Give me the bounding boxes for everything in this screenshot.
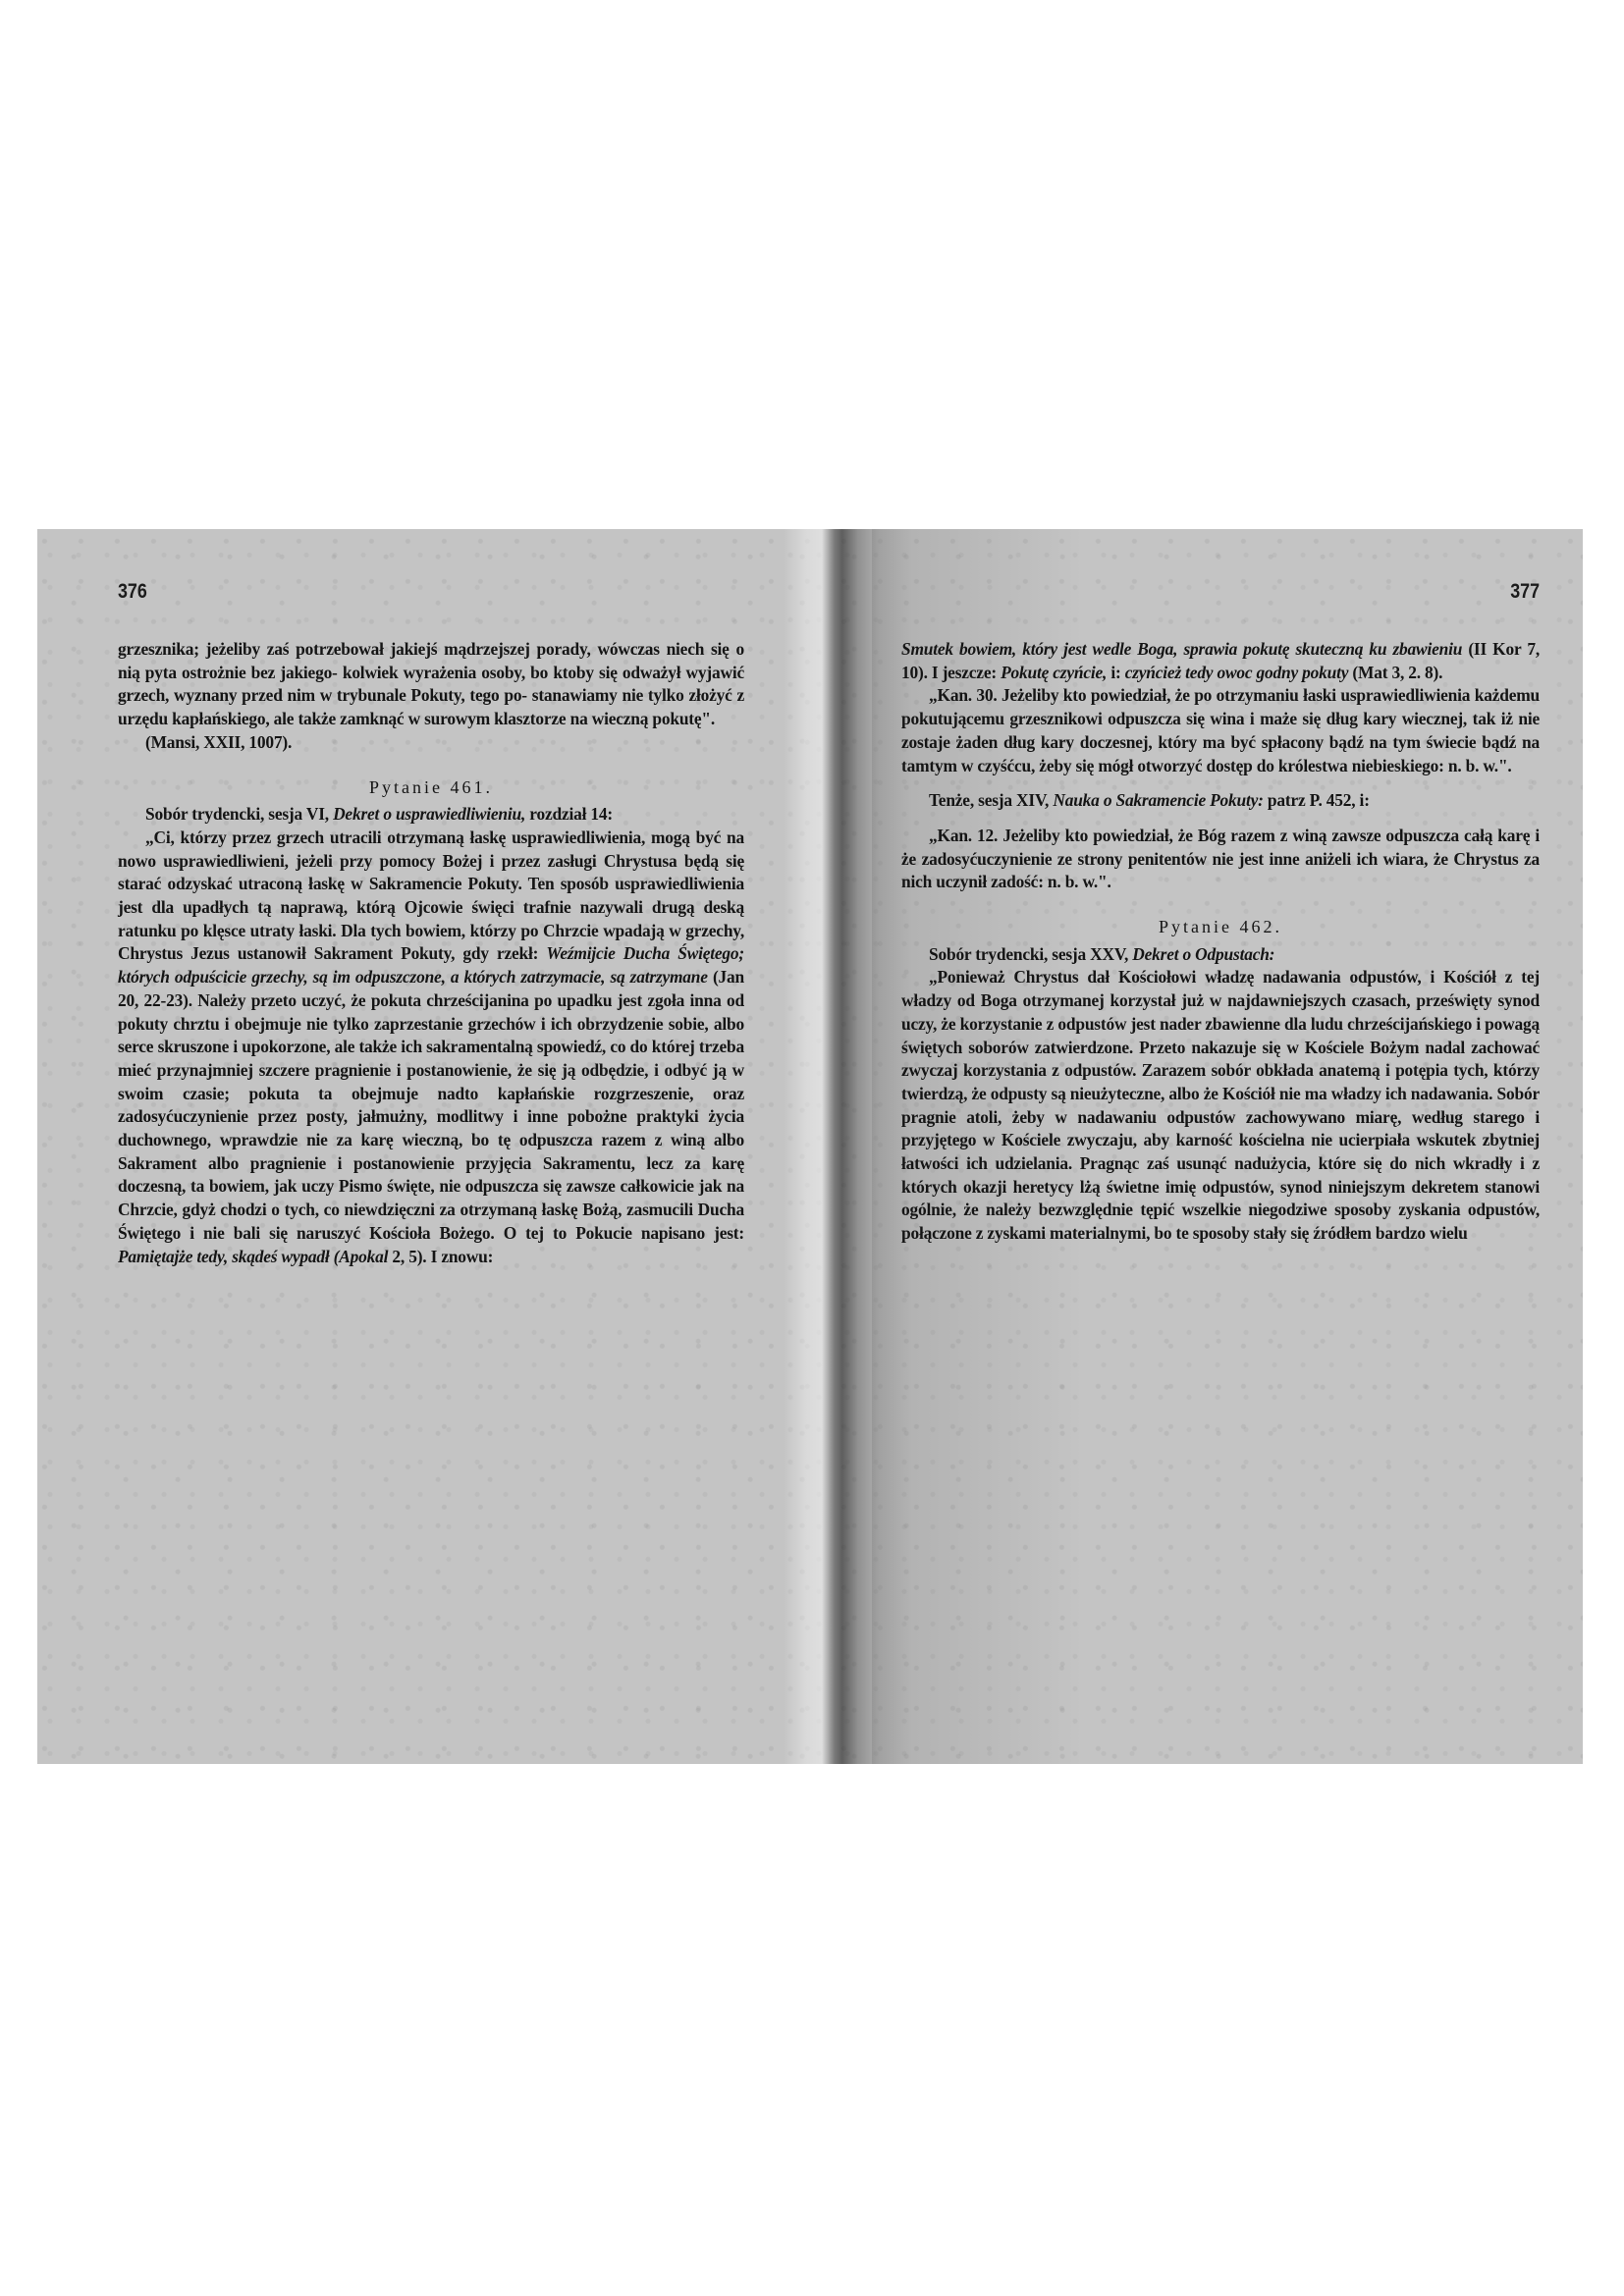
text-line: grzesznika; jeżeliby zaś potrzebował jak… [118, 639, 537, 659]
paragraph: „Kan. 12. Jeżeliby kto powiedział, że Bó… [901, 825, 1540, 894]
scanned-book-spread: 376 grzesznika; jeżeliby zaś potrzebował… [37, 529, 1583, 1764]
text-run: i: [1107, 663, 1125, 682]
paragraph: „Kan. 30. Jeżeliby kto powiedział, że po… [901, 684, 1540, 777]
italic-citation: Dekret o Odpustach: [1132, 944, 1274, 964]
italic-citation: Smutek bowiem, który jest wedle Boga, sp… [901, 639, 1462, 659]
page-number-right: 377 [1510, 580, 1540, 604]
book-gutter [784, 529, 911, 1764]
right-page: 377 Smutek bowiem, który jest wedle Boga… [901, 529, 1540, 1764]
italic-citation: Nauka o Sakramencie Pokuty: [1053, 790, 1263, 810]
text-run: „Kan. 12. Jeżeliby kto powiedział, że Bó… [901, 826, 1540, 891]
paragraph: „Ci, którzy przez grzech utracili otrzym… [118, 827, 744, 1268]
text-run: (Jan 20, 22-23). Należy przeto uczyć, że… [118, 967, 744, 1243]
question-heading: Pytanie 461. [118, 776, 744, 800]
question-heading: Pytanie 462. [901, 916, 1540, 939]
paragraph: Tenże, sesja XIV, Nauka o Sakramencie Po… [901, 789, 1540, 813]
paragraph: Sobór trydencki, sesja XXV, Dekret o Odp… [901, 943, 1540, 967]
text-line: kolwiek wyrażenia osoby, bo ktoby się od… [343, 663, 744, 682]
left-page: 376 grzesznika; jeżeliby zaś potrzebował… [118, 529, 744, 1764]
paragraph: „Ponieważ Chrystus dał Kościołowi władzę… [901, 966, 1540, 1245]
text-line: także zamknąć w surowym klasztorze na wi… [298, 709, 715, 728]
text-run: „Kan. 30. Jeżeliby kto powiedział, że po… [901, 685, 1540, 774]
text-run: 2, 5). I znowu: [388, 1247, 493, 1266]
paragraph: (Mansi, XXII, 1007). [118, 731, 744, 755]
text-run: rozdział 14: [525, 804, 613, 824]
text-run: (Mat 3, 2. 8). [1348, 663, 1442, 682]
paragraph: Smutek bowiem, który jest wedle Boga, sp… [901, 638, 1540, 684]
italic-citation: czyńcież tedy owoc godny pokuty [1125, 663, 1349, 682]
paragraph: grzesznika; jeżeliby zaś potrzebował jak… [118, 638, 744, 731]
text-run: Sobór trydencki, sesja XXV, [929, 944, 1132, 964]
right-page-text: Smutek bowiem, który jest wedle Boga, sp… [901, 638, 1540, 1246]
text-line: (Mansi, XXII, 1007). [145, 732, 292, 752]
text-line: grzech, wyznany przed nim w trybunale Po… [118, 685, 532, 705]
italic-citation: Dekret o usprawiedliwieniu, [333, 804, 525, 824]
italic-citation: Pamiętajże tedy, skądeś wypadł (Apokal [118, 1247, 388, 1266]
italic-citation: Pokutę czyńcie, [1001, 663, 1107, 682]
left-page-text: grzesznika; jeżeliby zaś potrzebował jak… [118, 638, 744, 1268]
page-number-left: 376 [118, 580, 147, 604]
text-run: patrz P. 452, i: [1264, 790, 1370, 810]
text-run: Tenże, sesja XIV, [929, 790, 1053, 810]
text-run: „Ponieważ Chrystus dał Kościołowi władzę… [901, 967, 1540, 1243]
paragraph: Sobór trydencki, sesja VI, Dekret o uspr… [118, 803, 744, 827]
text-run: Sobór trydencki, sesja VI, [145, 804, 333, 824]
